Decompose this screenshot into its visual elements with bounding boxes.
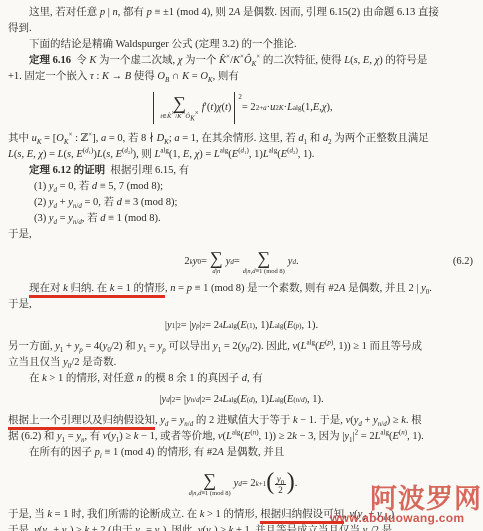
para-induction-line-2: 据 (6.2) 和 y1 = yn, 有 v(y1) ≥ k − 1, 或者等价… (8, 429, 475, 445)
display-y1-yp: |y1|2 = |yp|2 = 24Lalg(E(1), 1)Lalg(E(p)… (8, 313, 475, 339)
induction-base-line: 现在对 k 归纳. 在 k = 1 的情形, n = p ≡ 1 (mod 8)… (8, 281, 475, 297)
para-remark-line-2: 得到. (8, 21, 475, 37)
theorem-6-16-line-2: +1. 固定一个嵌入 τ : K → B 使得 OB ∩ K = OK, 则有 (8, 69, 475, 85)
para-uk-line-1: 其中 uK = [OK× : ℤ×], a = 0, 若 8 ∤ DK; a =… (8, 131, 475, 147)
theorem-6-16-line-1: 定理 6.16 令 K 为一个虚二次域, χ 为一个 K̂×/K×ÔK× 的二次… (8, 53, 475, 69)
watermark-url: www.aboluowang.com (330, 510, 464, 526)
para-corollary-intro: 下面的结论是精确 Waldspurger 公式 (定理 3.2) 的一个推论. (8, 37, 475, 53)
proof-thus-2: 于是, (8, 297, 475, 313)
display-eq-6-2: 2ky0 = ∑d|n yd = ∑d|n,d≡1 (mod 8) yd.(6.… (8, 243, 475, 281)
para-allfactors: 在所有的因子 pi ≡ 1 (mod 4) 的情形, 有 #2A 是偶数, 并且 (8, 445, 475, 461)
proof-6-12-header: 定理 6.12 的证明 根据引理 6.15, 有 (8, 163, 475, 179)
para-otherhand-line-2: 立当且仅当 y0/2 是奇数. (8, 355, 475, 371)
proof-case-3: (3) yd = yn/d, 若 d ≡ 1 (mod 8). (8, 211, 475, 227)
para-induction-line-1: 根据上一个引理以及归纳假设知, yd = yn/d 的 2 进赋值大于等于 k … (8, 413, 475, 429)
para-otherhand-line-1: 另一方面, y1 + yp = 4(y0/2) 和 y1 = yp 可以导出 y… (8, 339, 475, 355)
proof-thus-1: 于是, (8, 227, 475, 243)
para-uk-line-2: L(s, E, χ) = L(s, E(d₁))L(s, E(d₂)), 则 L… (8, 147, 475, 163)
watermark-site-name: 阿波罗网 (370, 485, 482, 513)
proof-case-2: (2) yd + yn/d = 0, 若 d ≡ 3 (mod 8); (8, 195, 475, 211)
display-yd-ynd: |yd|2 = |yn/d|2 = 24Lalg(E(d), 1)Lalg(E(… (8, 387, 475, 413)
para-remark-line-1: 这里, 若对任意 p | n, 都有 p ≡ ±1 (mod 4), 则 2A … (8, 5, 475, 21)
display-waldspurger-formula: ∑t∈K̂×/K×ÔK× f′(t)χ(t)2 = 22+a · u2K · L… (8, 85, 475, 131)
proof-case-1: (1) yd = 0, 若 d ≡ 5, 7 (mod 8); (8, 179, 475, 195)
document-body: 这里, 若对任意 p | n, 都有 p ≡ ±1 (mod 4), 则 2A … (8, 5, 475, 531)
para-kgt1: 在 k > 1 的情形, 对任意 n 的模 8 余 1 的真因子 d, 有 (8, 371, 475, 387)
paper-page: 这里, 若对任意 p | n, 都有 p ≡ ±1 (mod 4), 则 2A … (0, 0, 483, 531)
